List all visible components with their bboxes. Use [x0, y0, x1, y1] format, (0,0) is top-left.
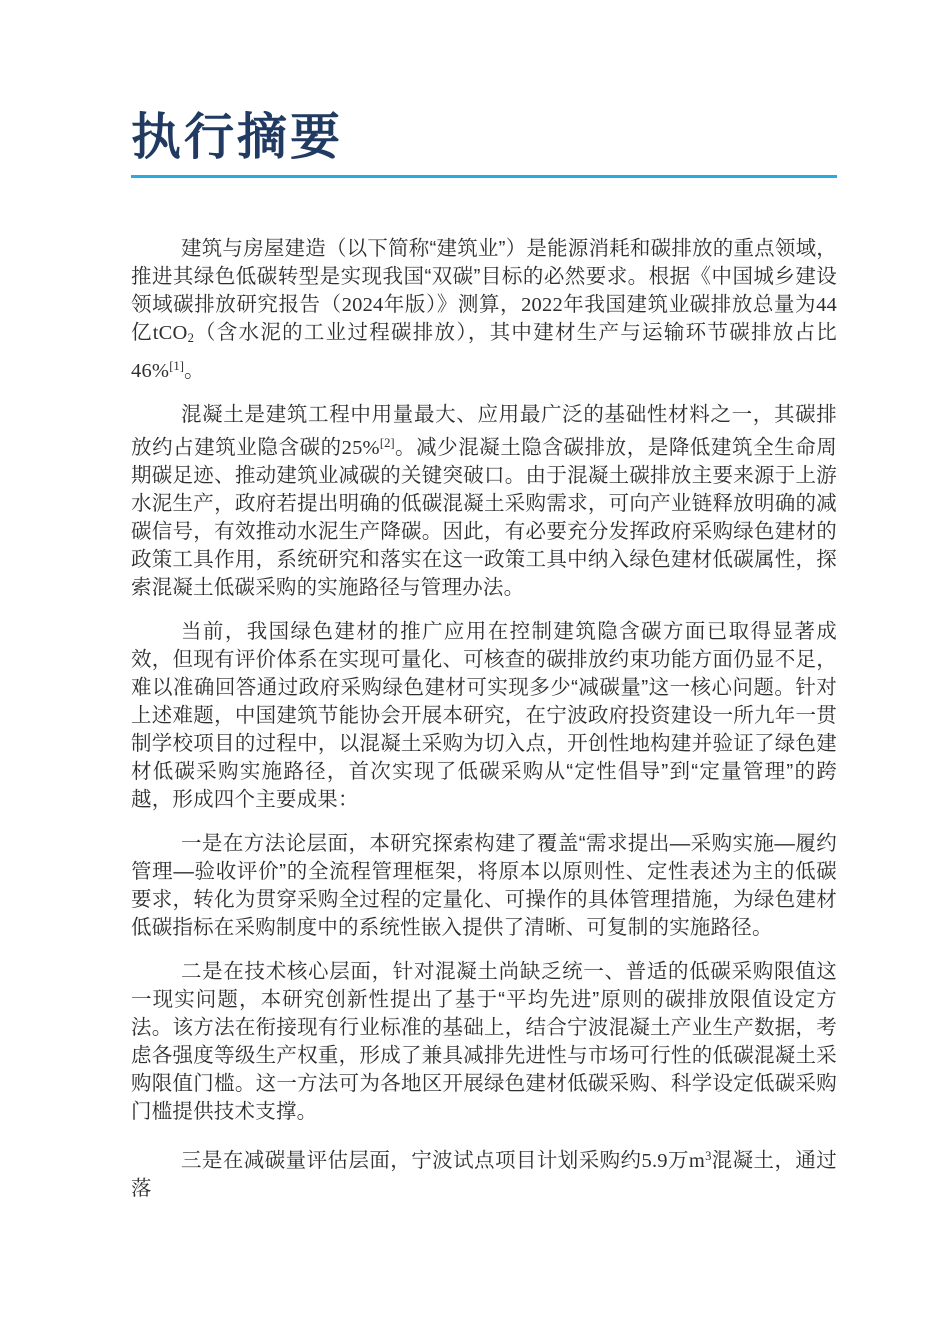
text-segment: 年版）》测算， — [384, 293, 522, 316]
text-segment: 。减少混凝土隐含碳排放，是降低建筑全生命周期碳足迹、推动建筑业减碳的关键突破口。… — [131, 436, 837, 599]
text-segment: [2] — [380, 436, 395, 450]
text-segment: 5.9 — [642, 1150, 668, 1172]
text-segment: （含水泥的工业过程碳排放），其中建材生产与运输环节碳排放占比 — [194, 321, 837, 344]
text-segment: 一是在方法论层面，本研究探索构建了覆盖“需求提出—采购实施—履约管理—验收评价”… — [131, 832, 837, 939]
content-area: 执行摘要 建筑与房屋建造（以下简称“建筑业”）是能源消耗和碳排放的重点领域，推进… — [131, 112, 837, 1203]
paragraph: 二是在技术核心层面，针对混凝土尚缺乏统一、普适的低碳采购限值这一现实问题，本研究… — [131, 958, 837, 1126]
text-segment: tCO — [153, 322, 188, 344]
text-segment: 二是在技术核心层面，针对混凝土尚缺乏统一、普适的低碳采购限值这一现实问题，本研究… — [131, 960, 837, 1123]
page-title: 执行摘要 — [131, 112, 837, 162]
text-segment: 2024 — [342, 294, 384, 316]
text-segment: 当前，我国绿色建材的推广应用在控制建筑隐含碳方面已取得显著成效，但现有评价体系在… — [131, 620, 837, 811]
text-segment: 万 — [668, 1149, 689, 1172]
paragraph: 当前，我国绿色建材的推广应用在控制建筑隐含碳方面已取得显著成效，但现有评价体系在… — [131, 618, 837, 814]
text-segment: 亿 — [131, 321, 153, 344]
title-divider — [131, 175, 837, 178]
text-segment: 44 — [816, 294, 837, 316]
page: 执行摘要 建筑与房屋建造（以下简称“建筑业”）是能源消耗和碳排放的重点领域，推进… — [0, 0, 950, 1344]
document-body: 建筑与房屋建造（以下简称“建筑业”）是能源消耗和碳排放的重点领域，推进其绿色低碳… — [131, 235, 837, 1203]
text-segment: 三是在减碳量评估层面，宁波试点项目计划采购约 — [181, 1149, 642, 1172]
text-segment: 2022 — [521, 294, 563, 316]
text-segment: [1] — [169, 359, 184, 373]
paragraph: 建筑与房屋建造（以下简称“建筑业”）是能源消耗和碳排放的重点领域，推进其绿色低碳… — [131, 235, 837, 385]
paragraph: 混凝土是建筑工程中用量最大、应用最广泛的基础性材料之一，其碳排放约占建筑业隐含碳… — [131, 401, 837, 602]
text-segment: 25% — [342, 437, 380, 459]
text-segment: 年我国建筑业碳排放总量为 — [563, 293, 816, 316]
paragraph: 三是在减碳量评估层面，宁波试点项目计划采购约5.9万m3混凝土，通过落 — [131, 1142, 837, 1203]
paragraph: 一是在方法论层面，本研究探索构建了覆盖“需求提出—采购实施—履约管理—验收评价”… — [131, 830, 837, 942]
text-segment: 46% — [131, 360, 169, 382]
text-segment: 。 — [184, 359, 205, 382]
text-segment: m — [689, 1150, 705, 1172]
